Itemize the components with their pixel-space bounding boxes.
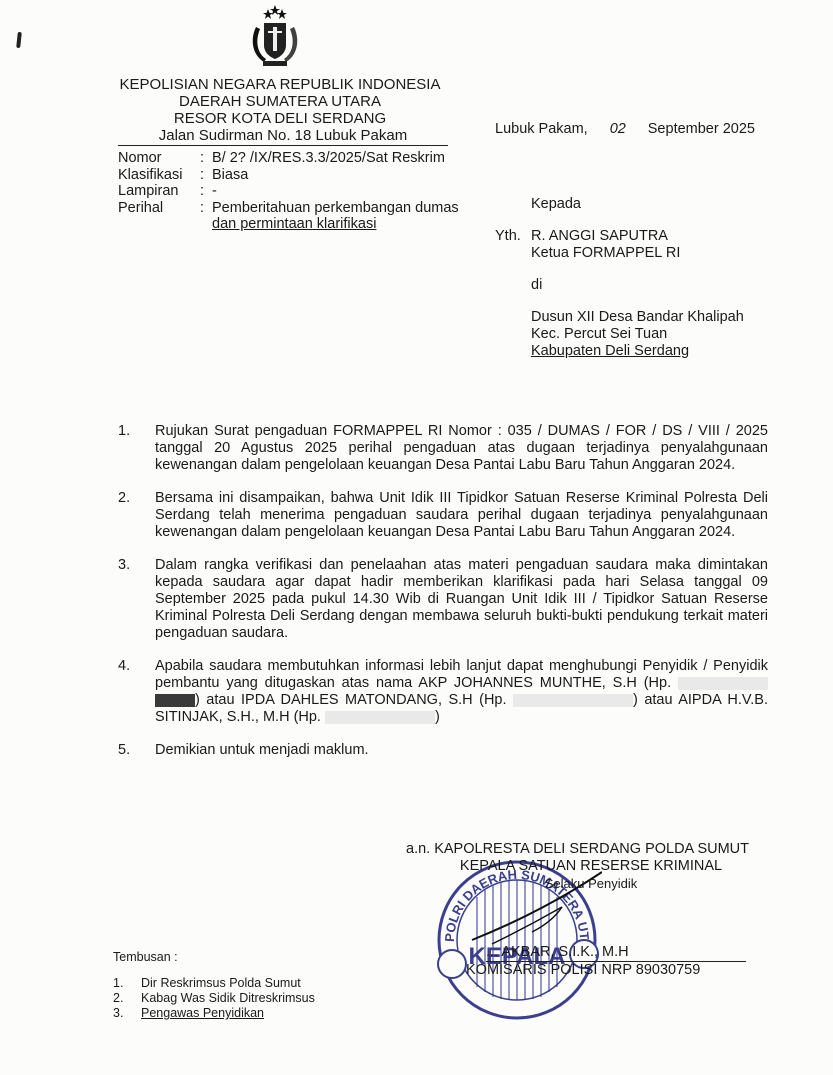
- signature-line-2: KEPALA SATUAN RESERSE KRIMINAL: [406, 858, 776, 875]
- recipient-title: Ketua FORMAPPEL RI: [531, 245, 680, 261]
- place: Lubuk Pakam,: [495, 121, 588, 137]
- cc-number: 2.: [113, 991, 141, 1006]
- item-number: 2.: [118, 490, 155, 541]
- letter-meta: Nomor:B/ 2? /IX/RES.3.3/2025/Sat Reskrim…: [118, 150, 459, 233]
- item-number: 3.: [118, 557, 155, 642]
- redaction-block: [155, 694, 195, 707]
- place-date: Lubuk Pakam, 02 September 2025: [495, 121, 755, 137]
- colon: :: [200, 183, 212, 200]
- lampiran-label: Lampiran: [118, 183, 200, 200]
- signature-block: a.n. KAPOLRESTA DELI SERDANG POLDA SUMUT…: [406, 841, 806, 979]
- item-text: ): [435, 709, 440, 725]
- perihal-line-2: dan permintaan klarifikasi: [212, 216, 376, 232]
- recipient-address-1: Dusun XII Desa Bandar Khalipah: [495, 309, 744, 326]
- letterhead-line-1: KEPOLISIAN NEGARA REPUBLIK INDONESIA: [110, 76, 450, 93]
- list-item: 2.Kabag Was Sidik Ditreskrimsus: [113, 991, 315, 1006]
- item-text: Dalam rangka verifikasi dan penelaahan a…: [155, 557, 768, 642]
- tembusan-block: Tembusan : 1.Dir Reskrimsus Polda Sumut …: [113, 950, 315, 1021]
- perihal-line-1: Pemberitahuan perkembangan dumas: [212, 200, 459, 216]
- colon: :: [200, 167, 212, 184]
- letterhead-line-2: DAERAH SUMATERA UTARA: [110, 93, 450, 110]
- item-number: 5.: [118, 742, 155, 759]
- list-item: 1.Dir Reskrimsus Polda Sumut: [113, 976, 315, 991]
- item-number: 1.: [118, 423, 155, 474]
- colon: :: [200, 200, 212, 233]
- letter-body: 1.Rujukan Surat pengaduan FORMAPPEL RI N…: [118, 423, 768, 775]
- item-text: Apabila saudara membutuhkan informasi le…: [155, 658, 768, 691]
- recipient-address-3: Kabupaten Deli Serdang: [531, 343, 689, 359]
- month-year: September 2025: [648, 121, 755, 137]
- day: 02: [610, 121, 626, 137]
- klasifikasi-value: Biasa: [212, 167, 248, 184]
- item-text: Bersama ini disampaikan, bahwa Unit Idik…: [155, 490, 768, 541]
- pen-mark: [16, 32, 22, 48]
- signatory-rank-nrp: KOMISARIS POLISI NRP 89030759: [466, 962, 806, 979]
- recipient-block: Kepada Yth. R. ANGGI SAPUTRAKetua FORMAP…: [495, 196, 744, 360]
- di: di: [495, 277, 744, 294]
- nomor-label: Nomor: [118, 150, 200, 167]
- kepada: Kepada: [495, 196, 744, 213]
- recipient-name: R. ANGGI SAPUTRA: [531, 228, 668, 244]
- perihal-label: Perihal: [118, 200, 200, 233]
- signature-line-3: Selaku Penyidik: [406, 875, 776, 892]
- redacted-phone: [513, 694, 633, 707]
- signature-line-1: a.n. KAPOLRESTA DELI SERDANG POLDA SUMUT: [406, 841, 806, 858]
- cc-text: Kabag Was Sidik Ditreskrimsus: [141, 991, 315, 1006]
- letterhead-line-3: RESOR KOTA DELI SERDANG: [110, 110, 450, 127]
- item-text: ) atau IPDA DAHLES MATONDANG, S.H (Hp.: [195, 692, 507, 708]
- klasifikasi-label: Klasifikasi: [118, 167, 200, 184]
- cc-text: Dir Reskrimsus Polda Sumut: [141, 976, 301, 991]
- letterhead-address: Jalan Sudirman No. 18 Lubuk Pakam: [118, 127, 448, 146]
- list-item: 2.Bersama ini disampaikan, bahwa Unit Id…: [118, 490, 768, 541]
- list-item: 3.Dalam rangka verifikasi dan penelaahan…: [118, 557, 768, 642]
- list-item: 5.Demikian untuk menjadi maklum.: [118, 742, 768, 759]
- yth: Yth.: [495, 228, 531, 262]
- item-text: Demikian untuk menjadi maklum.: [155, 742, 768, 759]
- cc-text: Pengawas Penyidikan: [141, 1006, 264, 1021]
- list-item: 4. Apabila saudara membutuhkan informasi…: [118, 658, 768, 726]
- police-emblem-icon: [248, 5, 302, 69]
- cc-number: 3.: [113, 1006, 141, 1021]
- redacted-phone: [325, 711, 435, 724]
- item-number: 4.: [118, 658, 155, 726]
- lampiran-value: -: [212, 183, 217, 200]
- item-text: Rujukan Surat pengaduan FORMAPPEL RI Nom…: [155, 423, 768, 474]
- tembusan-label: Tembusan :: [113, 950, 315, 965]
- nomor-value: B/ 2? /IX/RES.3.3/2025/Sat Reskrim: [212, 150, 445, 167]
- signatory-name: ... AKBAR, S.I.K., M.H: [486, 944, 746, 962]
- colon: :: [200, 150, 212, 167]
- cc-number: 1.: [113, 976, 141, 991]
- list-item: 1.Rujukan Surat pengaduan FORMAPPEL RI N…: [118, 423, 768, 474]
- recipient-address-2: Kec. Percut Sei Tuan: [495, 326, 744, 343]
- redacted-phone: [678, 677, 768, 690]
- letterhead: KEPOLISIAN NEGARA REPUBLIK INDONESIA DAE…: [110, 76, 450, 146]
- list-item: 3.Pengawas Penyidikan: [113, 1006, 315, 1021]
